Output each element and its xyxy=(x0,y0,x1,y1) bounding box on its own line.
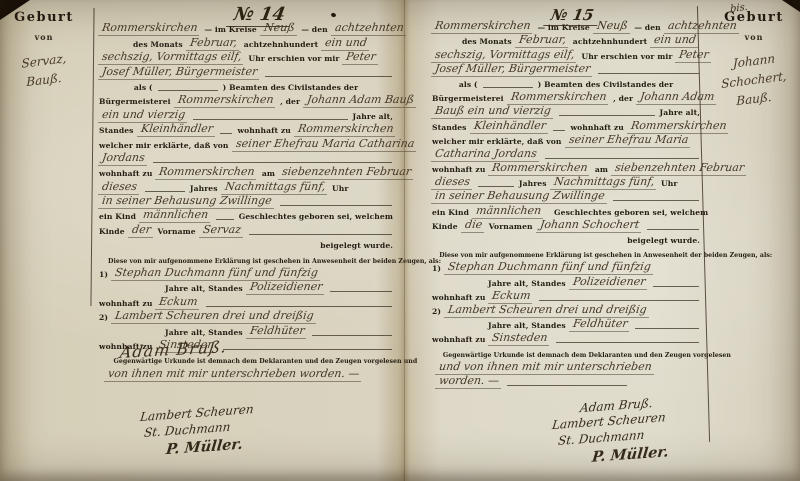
form-line: sechszig, Vormittags eilf,Uhr erschien v… xyxy=(430,48,702,62)
handwritten-entry: in seiner Behausung Zwillinge xyxy=(98,194,276,209)
form-line: Jahre alt, StandesFeldhüter xyxy=(97,324,395,338)
handwritten-entry: von ihnen mit mir unterschrieben worden.… xyxy=(104,367,363,382)
form-line: wohnhaft zuRommerskirchenamsiebenzehnten… xyxy=(97,166,395,180)
form-line: Josef Müller, Bürgermeister xyxy=(97,65,395,79)
printed-form-text: Kinde xyxy=(430,222,460,233)
printed-form-text: , der xyxy=(278,97,302,108)
printed-form-text: ein Kind xyxy=(430,208,471,219)
blank-rule xyxy=(206,304,392,307)
handwritten-entry: sechszig, Vormittags eilf, xyxy=(98,50,246,65)
printed-form-text: Geschlechtes geboren sei, welchem xyxy=(237,212,395,223)
handwritten-entry: Polizeidiener xyxy=(569,275,649,290)
blank-rule xyxy=(220,131,232,134)
handwritten-entry: und von ihnen mit mir unterschrieben xyxy=(435,360,656,375)
handwritten-entry: männlichen xyxy=(139,208,212,223)
handwritten-entry: Servaz xyxy=(199,223,245,238)
handwritten-entry: worden. — xyxy=(435,374,503,389)
blank-rule xyxy=(478,184,514,187)
printed-form-text: Standes xyxy=(430,123,469,134)
form-line: Josef Müller, Bürgermeister xyxy=(430,63,702,77)
handwritten-entry: Nachmittags fünf, xyxy=(221,180,329,195)
printed-form-text: wohnhaft zu xyxy=(97,169,154,180)
signature: P. Müller. xyxy=(165,435,254,458)
blank-rule xyxy=(280,203,392,206)
left-margin-von: von xyxy=(0,32,88,42)
blank-rule xyxy=(598,71,699,74)
printed-form-text: Kinde xyxy=(97,227,127,238)
handwritten-entry: Johann Adam xyxy=(636,90,718,105)
printed-form-text: achtzehnhundert xyxy=(571,37,649,48)
handwritten-entry: die xyxy=(461,218,486,233)
handwritten-entry: Rommerskirchen xyxy=(294,122,398,137)
printed-form-text: ein Kind xyxy=(97,212,138,223)
form-line: sechszig, Vormittags eilf,Uhr erschien v… xyxy=(97,51,395,65)
printed-form-text: Bürgermeisterei xyxy=(97,97,173,108)
handwritten-entry: ein und vierzig xyxy=(98,108,189,123)
handwritten-entry: der xyxy=(128,223,155,238)
form-line: 2)Lambert Scheuren drei und dreißig xyxy=(430,304,702,318)
photo-corner-top-left xyxy=(0,0,30,20)
blank-rule xyxy=(223,347,392,350)
left-margin-column: Geburt von Servaz,Bauß. xyxy=(0,10,88,92)
right-margin-child-name: JohannSchochert,Bauß. xyxy=(710,54,798,106)
form-line: StandesKleinhändlerwohnhaft zuRommerskir… xyxy=(97,123,395,137)
blank-rule xyxy=(330,289,392,292)
handwritten-entry: Jordans xyxy=(98,151,149,166)
form-line: des MonatsFebruar,achtzehnhundertein und xyxy=(430,34,702,48)
left-page-body: Rommerskirchen— im KreiseNeuß— denachtze… xyxy=(97,22,395,382)
printed-form-text: Vorname xyxy=(155,227,197,238)
printed-form-text: Vornamen xyxy=(487,222,535,233)
form-line: wohnhaft zuEckum xyxy=(430,290,702,304)
printed-form-text: — den xyxy=(299,25,329,36)
form-line: Jordans xyxy=(97,152,395,166)
form-line: als () Beamten des Civilstandes der xyxy=(430,77,702,91)
blank-rule xyxy=(539,298,699,301)
handwritten-entry: Peter xyxy=(675,48,713,63)
printed-form-text: — im Kreise xyxy=(202,25,258,36)
handwritten-entry: Neuß xyxy=(593,19,632,34)
right-margin-von: von xyxy=(710,32,798,42)
handwritten-entry: Josef Müller, Bürgermeister xyxy=(98,65,261,80)
form-line: ein KindmännlichenGeschlechtes geboren s… xyxy=(97,209,395,223)
handwritten-entry: ein und xyxy=(650,33,700,48)
printed-form-text: , der xyxy=(611,94,635,105)
handwritten-entry: Rommerskirchen xyxy=(431,19,535,34)
blank-rule xyxy=(158,88,218,91)
form-line: 1)Stephan Duchmann fünf und fünfzig xyxy=(430,261,702,275)
handwritten-entry: Sinsteden xyxy=(488,331,551,346)
handwritten-entry: Februar, xyxy=(515,33,570,48)
form-line: Jahre alt, StandesPolizeidiener xyxy=(97,281,395,295)
form-line: des MonatsFebruar,achtzehnhundertein und xyxy=(97,36,395,50)
form-line: diesesJahresNachmittags fünf,Uhr xyxy=(97,180,395,194)
handwritten-entry: Polizeidiener xyxy=(246,280,326,295)
printed-form-text: Standes xyxy=(97,126,136,137)
form-line: ein und vierzigJahre alt, xyxy=(97,108,395,122)
handwritten-entry: Stephan Duchmann fünf und fünfzig xyxy=(444,260,655,275)
handwritten-entry: achtzehnten xyxy=(331,21,408,36)
signature: P. Müller. xyxy=(591,443,669,466)
blank-rule xyxy=(265,74,392,77)
handwritten-entry: Neuß xyxy=(260,21,299,36)
handwritten-entry: Lambert Scheuren drei und dreißig xyxy=(444,303,651,318)
right-margin-title: Geburt xyxy=(710,10,798,25)
blank-rule xyxy=(483,85,533,88)
blank-rule xyxy=(553,128,565,131)
handwritten-entry: Kleinhändler xyxy=(137,122,217,137)
handwritten-entry: Feldhüter xyxy=(569,317,632,332)
handwritten-entry: Rommerskirchen xyxy=(507,90,611,105)
handwritten-entry: Rommerskirchen xyxy=(98,21,202,36)
form-line: Gegenwärtige Urkunde ist demnach dem Dek… xyxy=(430,346,680,360)
handwritten-entry: Feldhüter xyxy=(246,324,309,339)
blank-rule xyxy=(653,284,699,287)
form-line: Bauß ein und vierzigJahre alt, xyxy=(430,105,702,119)
handwritten-entry: Februar, xyxy=(186,36,241,51)
handwritten-entry: Lambert Scheuren drei und dreißig xyxy=(111,309,318,324)
form-line: wohnhaft zuRommerskirchenamsiebenzehnten… xyxy=(430,162,702,176)
form-line: von ihnen mit mir unterschrieben worden.… xyxy=(97,367,395,381)
blank-rule xyxy=(153,160,392,163)
form-line: 2)Lambert Scheuren drei und dreißig xyxy=(97,310,395,324)
handwritten-entry: Peter xyxy=(342,50,380,65)
handwritten-entry: dieses xyxy=(98,180,141,195)
printed-form-text: Jahre alt, Standes xyxy=(163,284,245,295)
handwritten-entry: dieses xyxy=(431,175,474,190)
printed-form-text: am xyxy=(260,169,277,180)
printed-form-text: welcher mir erklärte, daß von xyxy=(97,141,231,152)
printed-form-text: als ( xyxy=(457,80,480,91)
handwritten-entry: Stephan Duchmann fünf und fünfzig xyxy=(111,266,322,281)
form-line: in seiner Behausung Zwillinge xyxy=(430,190,702,204)
form-line: BürgermeistereiRommerskirchen, derJohann… xyxy=(97,94,395,108)
handwritten-entry: Rommerskirchen xyxy=(627,119,731,134)
printed-form-text: Jahre alt, Standes xyxy=(486,279,568,290)
printed-form-text: beigelegt wurde. xyxy=(625,236,702,247)
form-line: Rommerskirchen— im KreiseNeuß— denachtze… xyxy=(97,22,395,36)
handwritten-entry: Josef Müller, Bürgermeister xyxy=(431,62,594,77)
book-gutter-fold xyxy=(404,0,405,481)
blank-rule xyxy=(635,326,699,329)
printed-form-text: Uhr xyxy=(659,179,679,190)
form-line: BürgermeistereiRommerskirchen, derJohann… xyxy=(430,91,702,105)
printed-form-text: 1) xyxy=(97,270,110,281)
form-line: StandesKleinhändlerwohnhaft zuRommerskir… xyxy=(430,119,702,133)
handwritten-entry: Rommerskirchen xyxy=(155,165,259,180)
form-line: welcher mir erklärte, daß vonseiner Ehef… xyxy=(97,137,395,151)
printed-form-text: Uhr erschien vor mir xyxy=(246,54,341,65)
form-line: KindedieVornamenJohann Schochert xyxy=(430,219,702,233)
form-line: wohnhaft zuEckum xyxy=(97,295,395,309)
handwritten-entry: seiner Ehefrau Maria xyxy=(564,133,691,148)
printed-form-text: Uhr xyxy=(330,184,350,195)
handwritten-entry: seiner Ehefrau Maria Catharina xyxy=(231,137,417,152)
blank-rule xyxy=(647,227,699,230)
handwritten-entry: Eckum xyxy=(488,289,534,304)
blank-rule xyxy=(545,156,699,159)
handwritten-entry: Catharina Jordans xyxy=(431,147,541,162)
printed-form-text: Jahre alt, xyxy=(658,108,702,119)
form-line: wohnhaft zuSinsteden xyxy=(430,332,702,346)
form-line: KindederVornameServaz xyxy=(97,223,395,237)
form-line: Diese von mir aufgenommene Erklärung ist… xyxy=(97,252,371,266)
handwritten-entry: Bauß ein und vierzig xyxy=(431,104,555,119)
form-line: 1)Stephan Duchmann fünf und fünfzig xyxy=(97,267,395,281)
blank-rule xyxy=(507,383,627,386)
printed-form-text: 2) xyxy=(430,307,443,318)
handwritten-entry: Rommerskirchen xyxy=(174,93,278,108)
form-line: Catharina Jordans xyxy=(430,148,702,162)
printed-form-text: achtzehnhundert xyxy=(242,40,320,51)
handwritten-entry: Johann Schochert xyxy=(536,218,643,233)
form-line: Jahre alt, StandesPolizeidiener xyxy=(430,275,702,289)
blank-rule xyxy=(312,333,392,336)
form-line: worden. — xyxy=(430,375,702,389)
handwritten-entry: siebenzehnten Februar xyxy=(278,165,415,180)
blank-rule xyxy=(193,117,347,120)
printed-form-text: wohnhaft zu xyxy=(430,335,487,346)
printed-form-text: Jahre alt, Standes xyxy=(163,328,245,339)
handwritten-entry: in seiner Behausung Zwillinge xyxy=(431,189,609,204)
blank-rule xyxy=(216,217,234,220)
handwritten-entry: siebenzehnten Februar xyxy=(611,161,748,176)
right-page-body: Rommerskirchen— im KreiseNeuß— denachtze… xyxy=(430,20,702,389)
printed-form-text: Gegenwärtige Urkunde ist demnach dem Dek… xyxy=(441,351,733,361)
handwritten-entry: Eckum xyxy=(155,295,201,310)
blank-rule xyxy=(559,113,655,116)
printed-form-text: 2) xyxy=(97,313,110,324)
printed-form-text: als ( xyxy=(132,83,155,94)
form-line: beigelegt wurde. xyxy=(430,233,702,247)
form-line: und von ihnen mit mir unterschrieben xyxy=(430,361,702,375)
form-line: als () Beamten des Civilstandes der xyxy=(97,80,395,94)
form-line: Jahre alt, StandesFeldhüter xyxy=(430,318,702,332)
left-margin-child-name: Servaz,Bauß. xyxy=(0,54,88,87)
printed-form-text: beigelegt wurde. xyxy=(318,241,395,252)
printed-form-text: Uhr erschien vor mir xyxy=(579,52,674,63)
printed-form-text: wohnhaft zu xyxy=(568,123,625,134)
blank-rule xyxy=(145,189,185,192)
printed-form-text: Geschlechtes geboren sei, welchem xyxy=(552,208,710,219)
ink-speck xyxy=(330,12,336,17)
printed-form-text: wohnhaft zu xyxy=(235,126,292,137)
handwritten-entry: Nachmittags fünf, xyxy=(550,175,658,190)
handwritten-entry: Rommerskirchen xyxy=(488,161,592,176)
handwritten-entry: sechszig, Vormittags eilf, xyxy=(431,48,579,63)
printed-form-text: des Monats xyxy=(460,37,514,48)
printed-form-text: 1) xyxy=(430,264,443,275)
blank-rule xyxy=(249,232,392,235)
handwritten-entry: ein und xyxy=(321,36,371,51)
form-line: in seiner Behausung Zwillinge xyxy=(97,195,395,209)
blank-rule xyxy=(556,340,699,343)
handwritten-entry: Johann Adam Bauß xyxy=(303,93,418,108)
register-book-spread: Geburt von Servaz,Bauß. № 14 Rommerskirc… xyxy=(0,0,800,481)
photo-corner-top-right xyxy=(782,0,800,12)
right-margin-column: Geburt von JohannSchochert,Bauß. xyxy=(710,10,798,111)
left-page-margin-rule xyxy=(90,8,94,306)
right-signature-block: Adam Bruß.Lambert ScheurenSt. DuchmannP.… xyxy=(552,398,669,465)
left-signature-block: Lambert ScheurenSt. DuchmannP. Müller. xyxy=(140,406,254,457)
handwritten-entry: männlichen xyxy=(472,204,545,219)
handwritten-entry: Kleinhändler xyxy=(470,119,550,134)
form-line: welcher mir erklärte, daß vonseiner Ehef… xyxy=(430,134,702,148)
form-line: ein KindmännlichenGeschlechtes geboren s… xyxy=(430,204,702,218)
form-line: beigelegt wurde. xyxy=(97,238,395,252)
blank-rule xyxy=(613,198,699,201)
